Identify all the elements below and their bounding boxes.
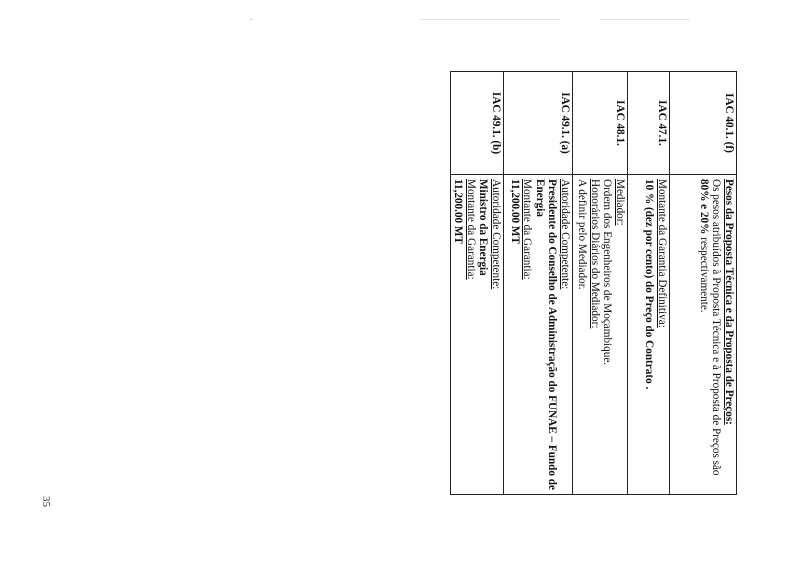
amount-value: 11,200.00 MT <box>508 179 521 490</box>
table-row: IAC 40.1. (f) Pesos da Proposta Técnica … <box>670 72 737 495</box>
clause-content: Autoridade Competente: Presidente do Con… <box>504 175 573 495</box>
page-number: 35 <box>40 496 52 507</box>
rotated-page-content: IAC 40.1. (f) Pesos da Proposta Técnica … <box>451 71 737 495</box>
weights-text: Os pesos atribuídos à Proposta Técnica e… <box>710 179 723 490</box>
clause-content: Mediador: Ordem dos Engenheiros de Moçam… <box>573 175 628 495</box>
data-sheet-table: IAC 40.1. (f) Pesos da Proposta Técnica … <box>450 71 737 495</box>
clause-label: IAC 49.1. (b) <box>451 72 504 175</box>
weights-suffix: respectivamente. <box>698 234 710 312</box>
amount-heading: Montante da Garantia: <box>521 179 534 490</box>
amount-heading: Montante da Garantia: <box>464 179 477 490</box>
heading-weights: Pesos da Proposta Técnica e da Proposta … <box>722 179 735 490</box>
amount-value: 11,200.00 MT <box>452 179 465 490</box>
authority-heading: Autoridade Competente: <box>489 179 502 490</box>
authority-value: Ministro da Energia <box>477 179 490 490</box>
table-row: IAC 49.1. (b) Autoridade Competente: Min… <box>451 72 504 495</box>
authority-heading: Autoridade Competente: <box>558 179 571 490</box>
mediator-value: Ordem dos Engenheiros de Moçambique. <box>601 179 614 490</box>
clause-label: IAC 40.1. (f) <box>670 72 737 175</box>
clause-content: Montante da Garantia Definitiva: 10 % (d… <box>628 175 670 495</box>
table-row: IAC 49.1. (a) Autoridade Competente: Pre… <box>504 72 573 495</box>
scan-noise <box>250 19 252 20</box>
clause-label: IAC 47.1. <box>628 72 670 175</box>
scan-noise <box>420 19 560 20</box>
clause-label: IAC 49.1. (a) <box>504 72 573 175</box>
mediator-heading: Mediador: <box>613 179 626 490</box>
guarantee-value: 10 % (dez por cento) do Preço do Contrat… <box>643 179 656 490</box>
scan-noise <box>600 19 690 20</box>
clause-content: Autoridade Competente: Ministro da Energ… <box>451 175 504 495</box>
weights-values: 80% e 20% respectivamente. <box>697 179 710 490</box>
weights-percent: 80% e 20% <box>698 179 710 234</box>
fees-value: A definir pelo Mediador. <box>576 179 589 490</box>
table-row: IAC 47.1. Montante da Garantia Definitiv… <box>628 72 670 495</box>
guarantee-heading: Montante da Garantia Definitiva: <box>655 179 668 490</box>
fees-heading: Honorários Diários do Mediador: <box>588 179 601 490</box>
clause-label: IAC 48.1. <box>573 72 628 175</box>
table-row: IAC 48.1. Mediador: Ordem dos Engenheiro… <box>573 72 628 495</box>
authority-value: Presidente do Conselho de Administração … <box>533 179 558 490</box>
clause-content: Pesos da Proposta Técnica e da Proposta … <box>670 175 737 495</box>
